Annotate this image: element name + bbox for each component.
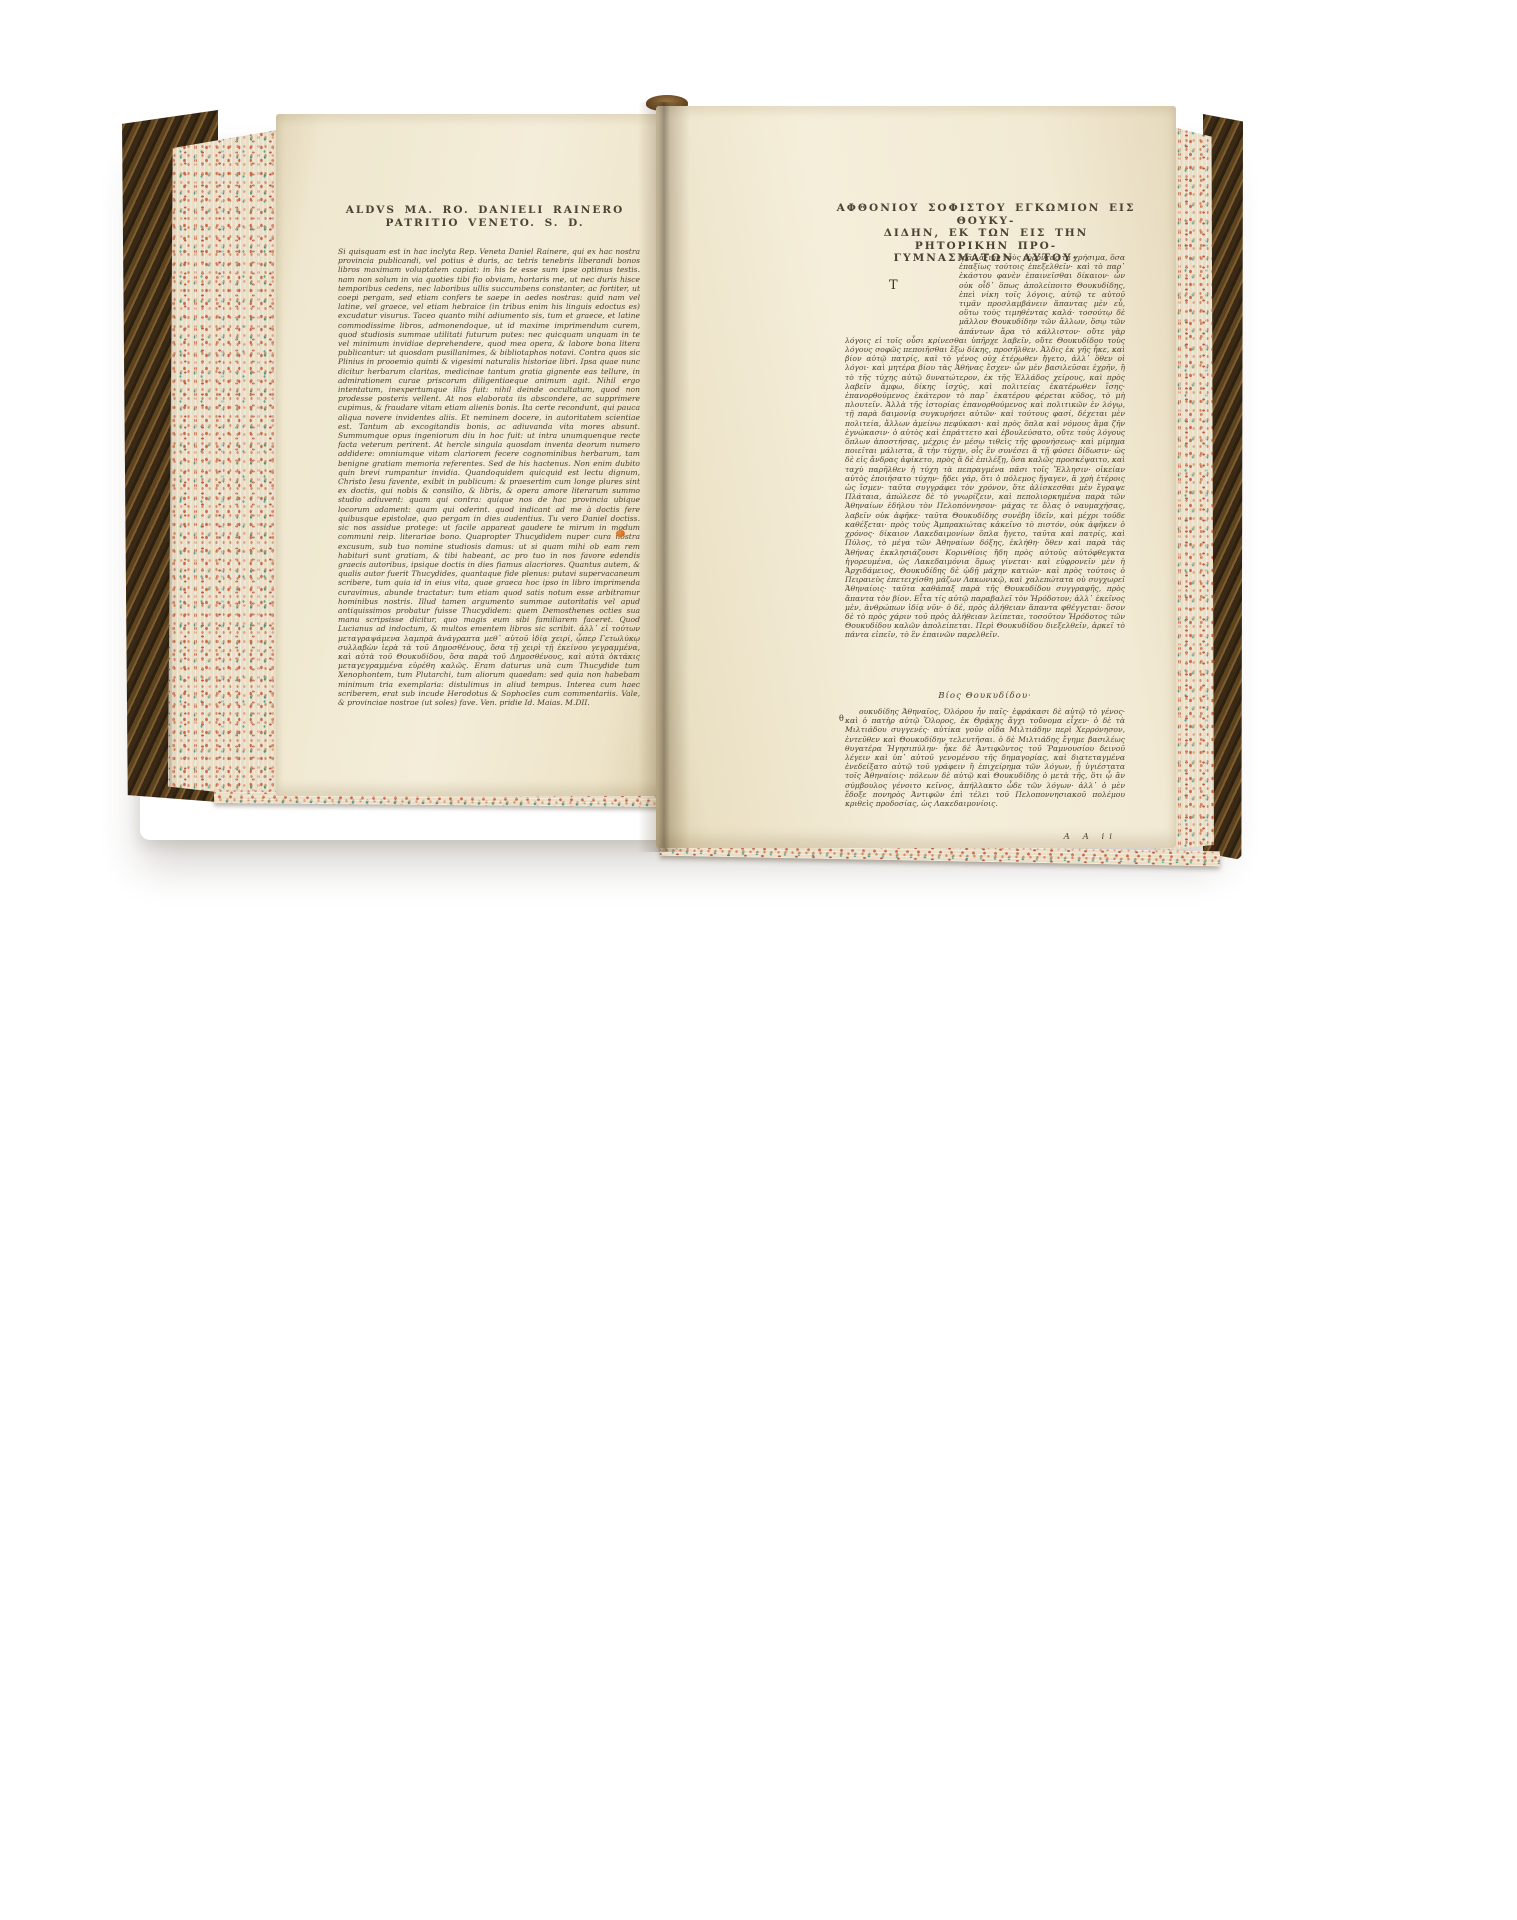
section-heading-vita-thucydidis: Βίος Θουκυδίδου·	[845, 691, 1125, 701]
right-heading-line-2: ΔΙΔΗΝ, ΕΚ ΤΩΝ ΕΙΣ ΤΗΝ ΡΗΤΟΡΙΚΗΝ ΠΡΟ-	[835, 227, 1137, 252]
initial-reserved-space: T	[845, 253, 959, 333]
life-of-thucydides-text: ουκυδίδης Ἀθηναῖος, Ὀλόρου ἦν παῖς· ἐφρά…	[845, 707, 1125, 835]
left-page-heading: ALDVS MA. RO. DANIELI RAINERO PATRITIO V…	[320, 204, 650, 229]
life-body-text: ουκυδίδης Ἀθηναῖος, Ὀλόρου ἦν παῖς· ἐφρά…	[845, 707, 1125, 808]
gutter-shadow	[638, 102, 690, 852]
guide-letter-t: T	[889, 281, 898, 290]
left-body-text: Si quisquam est in hac inclyta Rep. Vene…	[338, 247, 640, 707]
signature-mark: Α Α ii	[845, 832, 1117, 842]
left-page-dedication-text: Si quisquam est in hac inclyta Rep. Vene…	[338, 247, 640, 755]
left-fore-edge	[168, 128, 288, 800]
left-page: ALDVS MA. RO. DANIELI RAINERO PATRITIO V…	[276, 114, 664, 796]
page-blemish-orange-spot	[616, 530, 625, 537]
guide-letter-theta: θ	[839, 714, 844, 723]
right-page: ΑΦΘΟΝΙΟΥ ΣΟΦΙΣΤΟΥ ΕΓΚΩΜΙΟΝ ΕΙΣ ΘΟΥΚΥ- ΔΙ…	[656, 106, 1176, 848]
book-photo: ALDVS MA. RO. DANIELI RAINERO PATRITIO V…	[0, 0, 1517, 1920]
right-heading-line-1: ΑΦΘΟΝΙΟΥ ΣΟΦΙΣΤΟΥ ΕΓΚΩΜΙΟΝ ΕΙΣ ΘΟΥΚΥ-	[835, 202, 1137, 227]
left-heading-line-1: ALDVS MA. RO. DANIELI RAINERO	[320, 204, 650, 217]
left-heading-line-2: PATRITIO VENETO. S. D.	[320, 217, 650, 230]
right-page-greek-text: T ιμᾶν ἄξιον τοὺς εὑρόντας τὰ χρήσιμα, ὅ…	[845, 253, 1125, 693]
